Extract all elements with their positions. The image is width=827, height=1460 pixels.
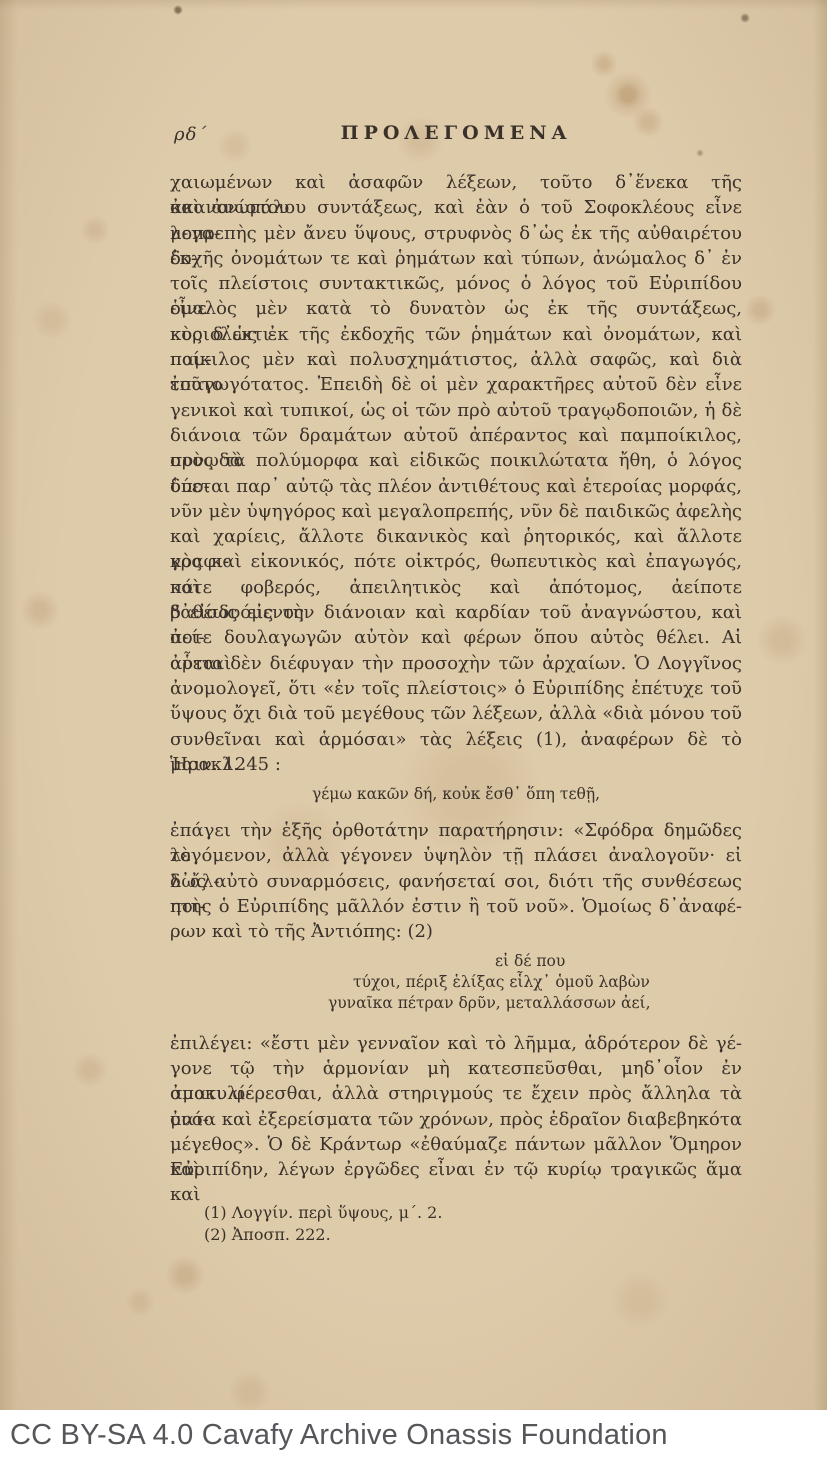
- text-line: μαιν. 1245 :: [170, 752, 742, 777]
- text-line: γονε τῷ τὴν ἁρμονίαν μὴ κατεσπεῦσθαι, μη…: [170, 1056, 742, 1081]
- license-bar: CC BY-SA 4.0 Cavafy Archive Onassis Foun…: [0, 1410, 827, 1460]
- text-line: ματα καὶ ἐξερείσματα τῶν χρόνων, πρὸς ἑδ…: [170, 1107, 742, 1132]
- text-line: νῦν μὲν ὑψηγόρος καὶ μεγαλοπρεπής, νῦν δ…: [170, 499, 742, 524]
- text-line: πότε φοβερός, ἀπειλητικὸς καὶ ἀπότομος, …: [170, 575, 742, 600]
- text-line: διάνοια τῶν δραμάτων αὐτοῦ ἀπέραντος καὶ…: [170, 423, 742, 448]
- text-line: συνθεῖναι καὶ ἁρμόσαι» τὰς λέξεις (1), ἀ…: [170, 727, 742, 752]
- text-line: λοπρεπὴς μὲν ἄνευ ὕψους, στρυφνὸς δ᾽ὡς ἐ…: [170, 221, 742, 246]
- text-line: κὸς καὶ εἰκονικός, πότε οἰκτρός, θωπευτι…: [170, 549, 742, 574]
- paragraph: ἐπιλέγει: «ἔστι μὲν γενναῖον καὶ τὸ λῆμμ…: [170, 1031, 742, 1183]
- text-line: πρὸς τὰ πολύμορφα καὶ εἰδικῶς ποικιλώτατ…: [170, 448, 742, 473]
- text-line: χαιωμένων καὶ ἀσαφῶν λέξεων, τοῦτο δ᾽ἕνε…: [170, 170, 742, 195]
- verse-line: τύχοι, πέριξ ἑλίξας εἷλχ᾽ ὁμοῦ λαβὼν: [328, 972, 742, 993]
- text-line: βαθέως εἰς τὴν διάνοιαν καὶ καρδίαν τοῦ …: [170, 600, 742, 625]
- text-line: γενικοὶ καὶ τυπικοί, ὡς οἱ τῶν πρὸ αὐτοῦ…: [170, 398, 742, 423]
- paragraph: χαιωμένων καὶ ἀσαφῶν λέξεων, τοῦτο δ᾽ἕνε…: [170, 170, 742, 777]
- text-line: δοχῆς ὀνομάτων τε καὶ ῥημάτων καὶ τύπων,…: [170, 246, 742, 271]
- book-page-scan: ρδ´ ΠΡΟΛΕΓΟΜΕΝΑ χαιωμένων καὶ ἀσαφῶν λέξ…: [0, 0, 827, 1410]
- license-text: CC BY-SA 4.0 Cavafy Archive Onassis Foun…: [0, 1419, 668, 1452]
- page-title: ΠΡΟΛΕΓΟΜΕΝΑ: [170, 122, 742, 144]
- body-text: χαιωμένων καὶ ἀσαφῶν λέξεων, τοῦτο δ᾽ἕνε…: [170, 170, 742, 1245]
- text-line: καὶ ἀνωμάλου συντάξεως, καὶ ἐὰν ὁ τοῦ Σο…: [170, 195, 742, 220]
- text-line: ὕψους ὄχι διὰ τοῦ μεγέθους τῶν λέξεων, ἀ…: [170, 701, 742, 726]
- text-line: ἐπαγωγότατος. Ἐπειδὴ δὲ οἱ μὲν χαρακτῆρε…: [170, 372, 742, 397]
- text-line: ἐπιλέγει: «ἔστι μὲν γενναῖον καὶ τὸ λῆμμ…: [170, 1031, 742, 1056]
- text-line: ποίκιλος μὲν καὶ πολυσχημάτιστος, ἀλλὰ σ…: [170, 347, 742, 372]
- text-line: αὗται δὲν διέφυγαν τὴν προσοχὴν τῶν ἀρχα…: [170, 651, 742, 676]
- verse-quote-block: εἰ δέ πουτύχοι, πέριξ ἑλίξας εἷλχ᾽ ὁμοῦ …: [328, 951, 742, 1014]
- text-line: ἀνομολογεῖ, ὅτι «ἐν τοῖς πλείστοις» ὁ Εὐ…: [170, 676, 742, 701]
- paragraph: ἐπάγει τὴν ἑξῆς ὀρθοτάτην παρατήρησιν: «…: [170, 818, 742, 944]
- footnote-line: (2) Ἀποσπ. 222.: [204, 1224, 742, 1246]
- text-line: ὁμαλὸς μὲν κατὰ τὸ δυνατὸν ὡς ἐκ τῆς συν…: [170, 296, 742, 321]
- verse-quote: γέμω κακῶν δή, κοὐκ ἔσθ᾽ ὅπη τεθῇ,: [170, 784, 742, 805]
- text-line: δύεται παρ᾽ αὐτῷ τὰς πλέον ἀντιθέτους κα…: [170, 474, 742, 499]
- text-line: λως αὐτὸ συναρμόσεις, φανήσεταί σοι, διό…: [170, 869, 742, 894]
- text-line: τοῖς πλείστοις συντακτικῶς, μόνος ὁ λόγο…: [170, 271, 742, 296]
- text-line: καὶ χαρίεις, ἄλλοτε δικανικὸς καὶ ῥητορι…: [170, 524, 742, 549]
- text-line: ποτε δουλαγωγῶν αὐτὸν καὶ φέρων ὅπου αὐτ…: [170, 625, 742, 650]
- text-line: ητὴς ὁ Εὐριπίδης μᾶλλόν ἐστιν ἢ τοῦ νοῦ»…: [170, 894, 742, 919]
- page-header: ρδ´ ΠΡΟΛΕΓΟΜΕΝΑ: [170, 122, 742, 148]
- text-line: λεγόμενον, ἀλλὰ γέγονεν ὑψηλὸν τῇ πλάσει…: [170, 843, 742, 868]
- footnotes: (1) Λογγίν. περὶ ὕψους, μ´. 2.(2) Ἀποσπ.…: [170, 1202, 742, 1245]
- verse-line: εἰ δέ που: [328, 951, 742, 972]
- text-line: κὸς δ᾽ὡς ἐκ τῆς ἐκδοχῆς τῶν ῥημάτων καὶ …: [170, 322, 742, 347]
- text-line: ἐπάγει τὴν ἑξῆς ὀρθοτάτην παρατήρησιν: «…: [170, 818, 742, 843]
- footnote-line: (1) Λογγίν. περὶ ὕψους, μ´. 2.: [204, 1202, 742, 1224]
- text-line: σματι φέρεσθαι, ἀλλὰ στηριγμούς τε ἔχειν…: [170, 1081, 742, 1106]
- verse-line: γυναῖκα πέτραν δρῦν, μεταλλάσσων ἀεί,: [328, 993, 742, 1014]
- text-line: Εὐριπίδην, λέγων ἐργῶδες εἶναι ἐν τῷ κυρ…: [170, 1157, 742, 1182]
- text-line: μέγεθος». Ὁ δὲ Κράντωρ «ἐθαύμαζε πάντων …: [170, 1132, 742, 1157]
- text-line: ρων καὶ τὸ τῆς Ἀντιόπης: (2): [170, 919, 742, 944]
